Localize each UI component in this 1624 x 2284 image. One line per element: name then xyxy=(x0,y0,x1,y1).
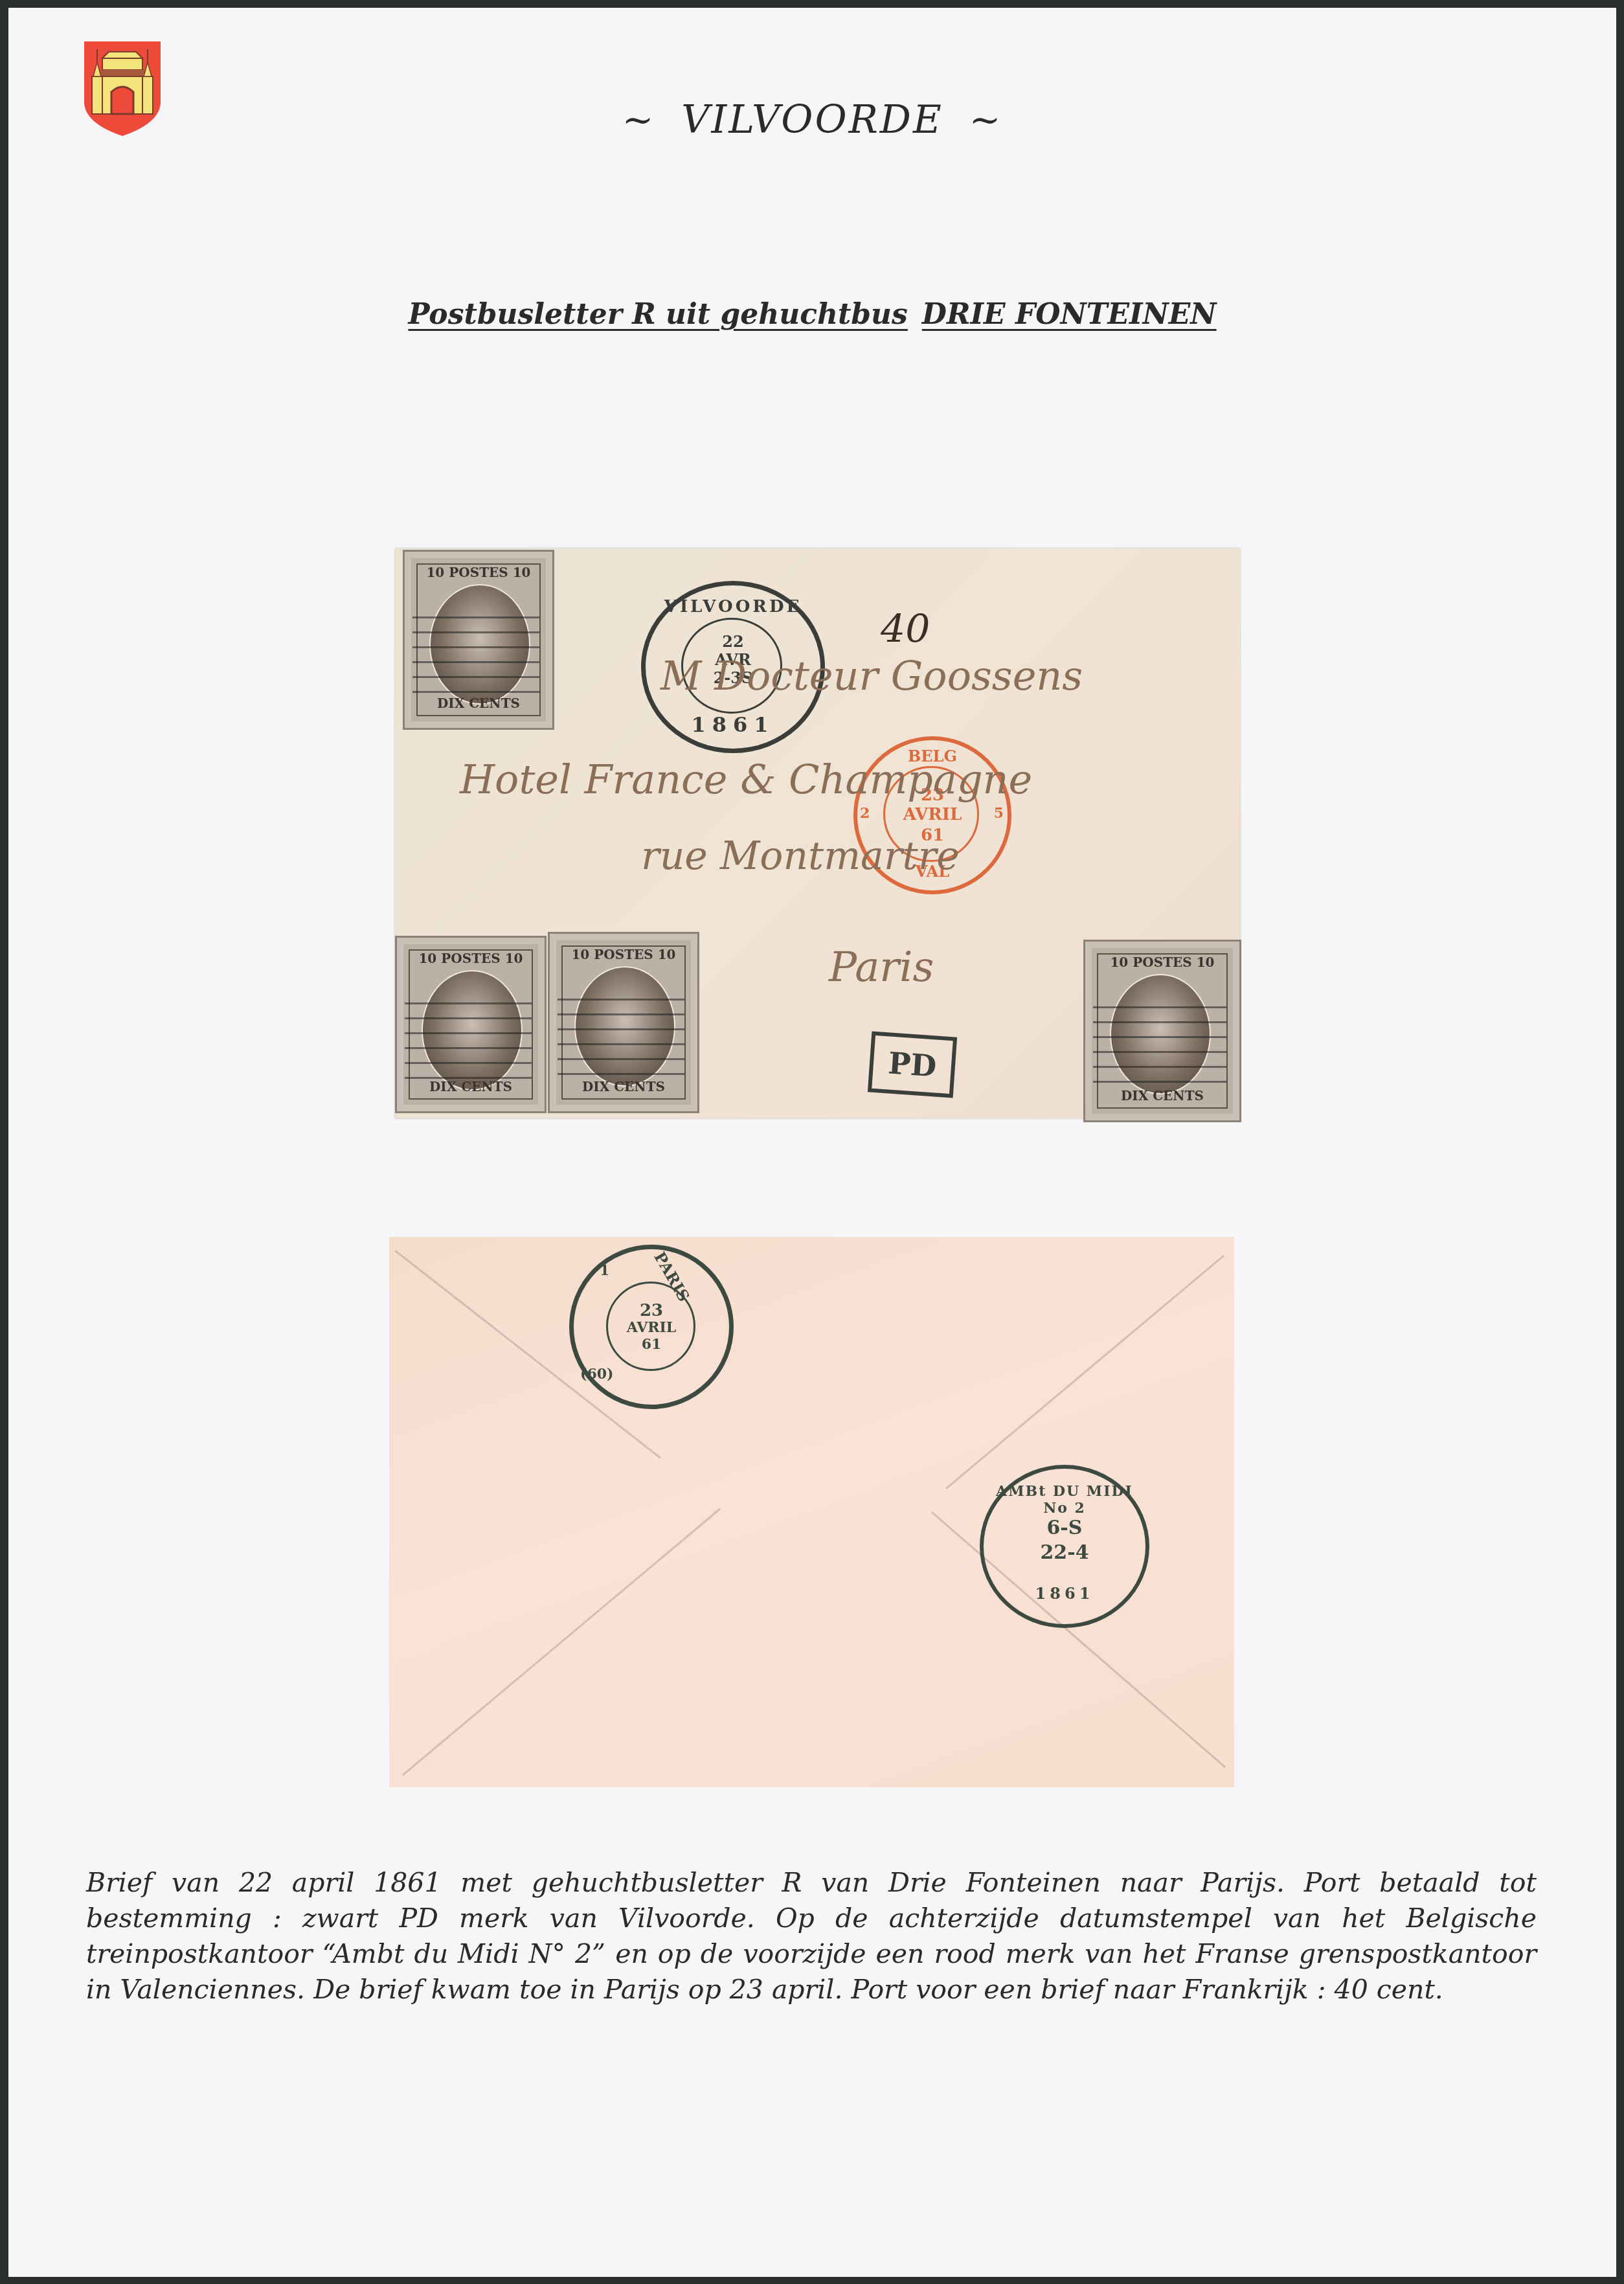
stamp-10c-bottom-left: 10 POSTES 10 DIX CENTS xyxy=(395,936,547,1113)
album-page: ~VILVOORDE~ Postbusletter R uit gehuchtb… xyxy=(8,8,1616,2277)
bar-cancel-icon xyxy=(405,989,532,1087)
bar-cancel-icon xyxy=(412,604,539,701)
bar-cancel-icon xyxy=(558,986,684,1083)
address-line-1: M Docteur Goossens xyxy=(660,652,1083,699)
pd-mark: PD xyxy=(868,1032,957,1098)
address-line-3: rue Montmartre xyxy=(641,833,960,879)
cover-front: 10 POSTES 10 DIX CENTS 10 POSTES 10 DIX … xyxy=(395,548,1240,1118)
address-line-2: Hotel France & Champagne xyxy=(460,756,1032,803)
page-title-text: VILVOORDE xyxy=(681,97,943,142)
description-text: Brief van 22 april 1861 met gehuchtbusle… xyxy=(86,1865,1537,2007)
subtitle-part2: DRIE FONTEINEN xyxy=(922,298,1217,331)
stamp-10c-bottom-center: 10 POSTES 10 DIX CENTS xyxy=(548,932,699,1113)
cover-back: PARIS 23 AVRIL 61 (60) 1 AMBt DU MIDI No… xyxy=(389,1237,1234,1787)
page-subtitle: Postbusletter R uit gehuchtbusDRIE FONTE… xyxy=(8,298,1616,331)
stamp-10c-bottom-right: 10 POSTES 10 DIX CENTS xyxy=(1083,940,1241,1122)
rate-marking: 40 xyxy=(881,607,930,652)
page-title: ~VILVOORDE~ xyxy=(8,97,1616,142)
subtitle-part1: Postbusletter R uit gehuchtbus xyxy=(408,298,907,331)
bar-cancel-icon xyxy=(1093,993,1226,1091)
stamp-10c-top-left: 10 POSTES 10 DIX CENTS xyxy=(403,550,554,730)
ornament-right: ~ xyxy=(969,98,1003,142)
address-line-4: Paris xyxy=(829,944,934,991)
postmark-paris: PARIS 23 AVRIL 61 (60) 1 xyxy=(569,1245,734,1409)
ornament-left: ~ xyxy=(622,98,656,142)
postmark-ambulant-midi: AMBt DU MIDI No 2 6-S 22-4 1861 xyxy=(980,1465,1149,1628)
